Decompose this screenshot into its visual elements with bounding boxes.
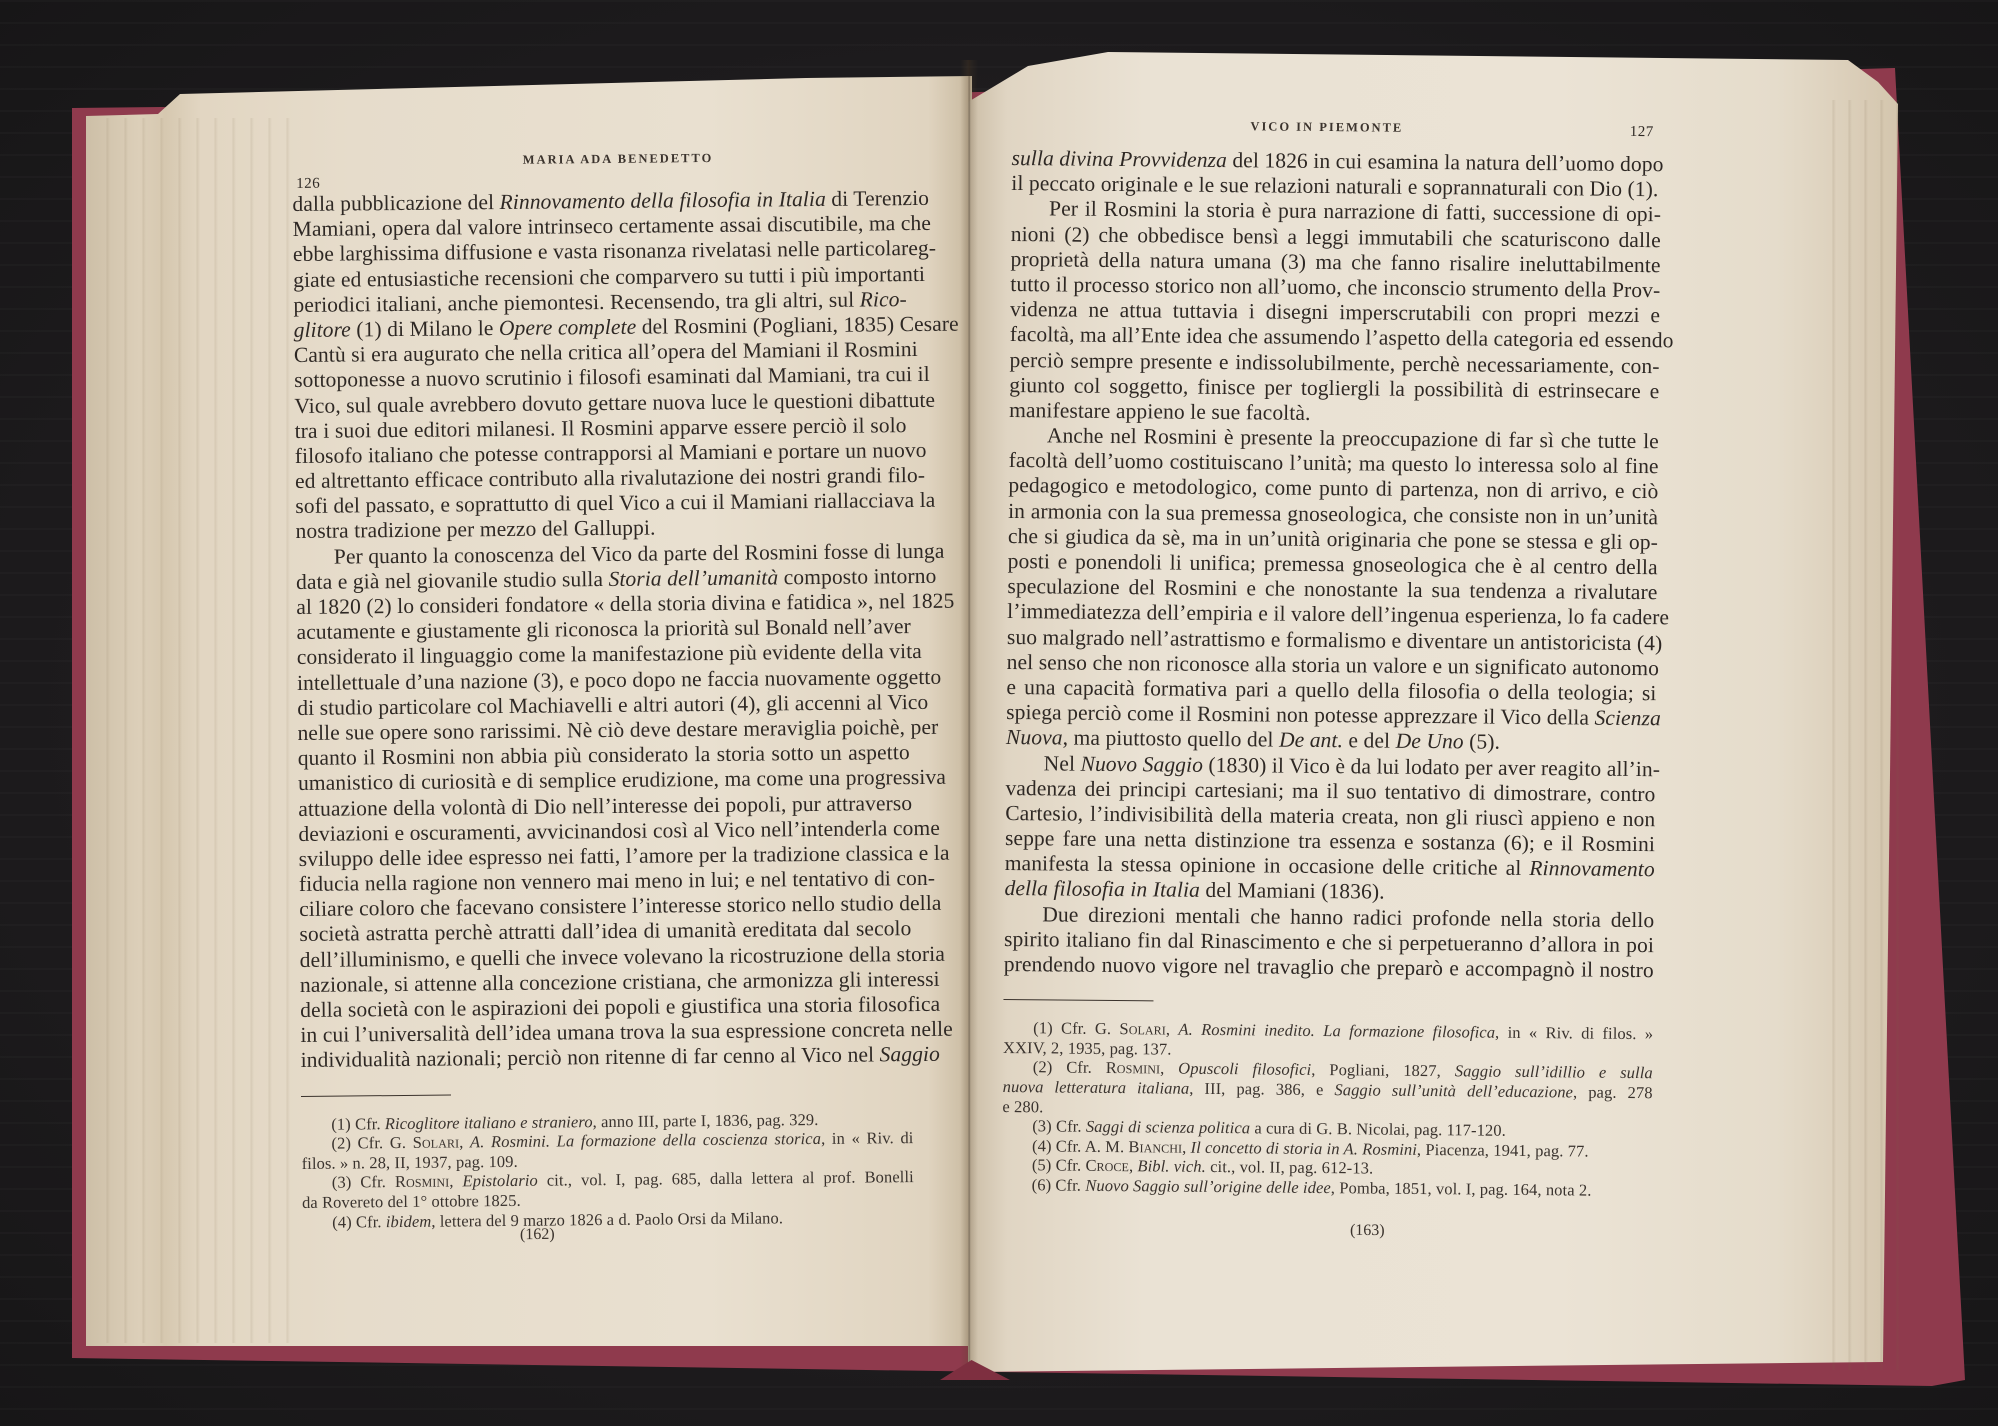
book-gutter (960, 60, 978, 1372)
left-running-head: 126 MARIA ADA BENEDETTO (292, 152, 904, 192)
right-body: sulla divina Provvidenza del 1826 in cui… (1004, 146, 1662, 983)
right-running-title: VICO IN PIEMONTE (992, 112, 1662, 144)
left-running-title: MARIA ADA BENEDETTO (332, 144, 904, 175)
right-sheet-number: (163) (1350, 1222, 1385, 1240)
footnote-separator (301, 1094, 451, 1096)
right-page-text: VICO IN PIEMONTE 127 sulla divina Provvi… (1002, 112, 1662, 1201)
footnote-separator (1003, 999, 1153, 1001)
left-footnotes: (1) Cfr. Ricoglitore italiano e stranier… (301, 1109, 914, 1232)
left-sheet-number: (162) (520, 1226, 555, 1244)
text-line: prendendo nuovo vigore nel travaglio che… (1004, 952, 1654, 983)
left-body: dalla pubblicazione del Rinnovamento del… (292, 186, 912, 1073)
right-footnotes: (1) Cfr. G. Solari, A. Rosmini inedito. … (1002, 1018, 1654, 1201)
left-page-number: 126 (296, 172, 320, 197)
right-page-number: 127 (1630, 120, 1654, 145)
text-line: individualità nazionali; perciò non rite… (301, 1042, 913, 1073)
left-page-text: 126 MARIA ADA BENEDETTO dalla pubblicazi… (292, 152, 914, 1232)
right-running-head: VICO IN PIEMONTE 127 (1012, 112, 1662, 152)
